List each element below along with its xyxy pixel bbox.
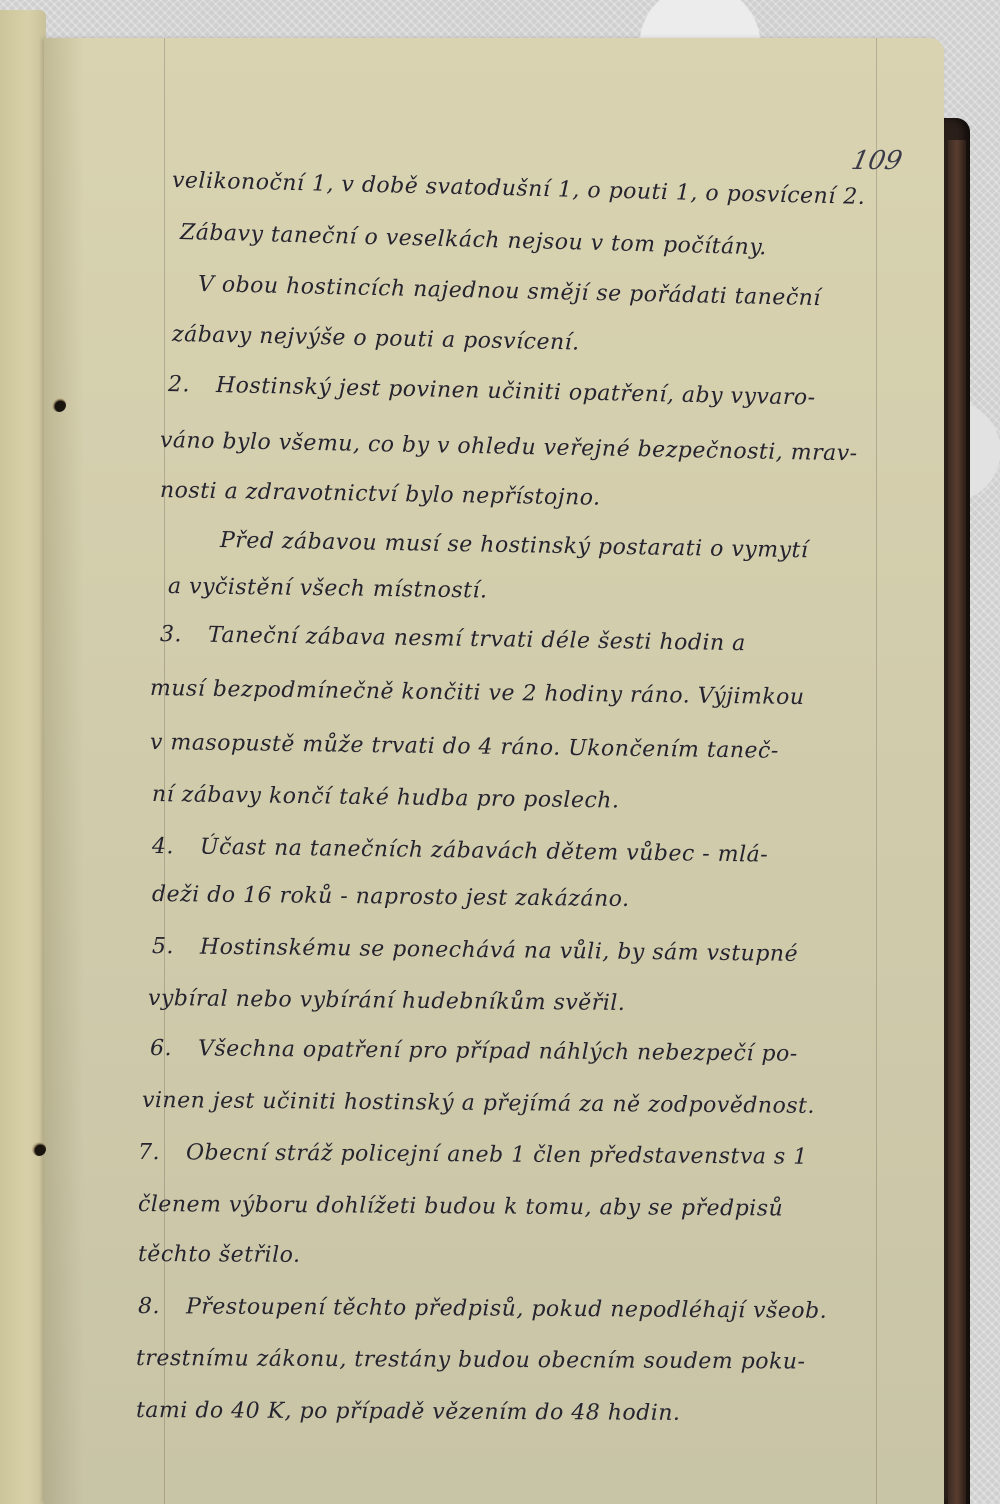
line-text: deži do 16 roků - naprosto jest zakázáno… xyxy=(152,882,630,912)
item-number: 7. xyxy=(138,1140,186,1165)
line-text: Všechna opatření pro případ náhlých nebe… xyxy=(198,1036,798,1066)
line-text: a vyčistění všech místností. xyxy=(168,574,488,603)
text-line: členem výboru dohlížeti budou k tomu, ab… xyxy=(138,1192,783,1222)
item-number: 2. xyxy=(168,372,217,398)
text-line: tami do 40 K, po případě vězením do 48 h… xyxy=(136,1398,681,1426)
punch-hole-top xyxy=(52,398,66,412)
text-line: a vyčistění všech místností. xyxy=(168,574,488,603)
text-line: těchto šetřilo. xyxy=(138,1242,301,1268)
text-line: 7.Obecní stráž policejní aneb 1 člen pře… xyxy=(138,1140,808,1170)
item-number: 8. xyxy=(138,1294,186,1319)
text-line: trestnímu zákonu, trestány budou obecním… xyxy=(136,1346,806,1375)
line-text: trestnímu zákonu, trestány budou obecním… xyxy=(136,1346,806,1375)
text-line: deži do 16 roků - naprosto jest zakázáno… xyxy=(152,882,630,912)
book-spine-edge xyxy=(948,140,966,1504)
item-number: 3. xyxy=(160,622,208,648)
line-text: tami do 40 K, po případě vězením do 48 h… xyxy=(136,1398,681,1426)
left-margin-line xyxy=(164,38,165,1504)
right-margin-line xyxy=(876,38,877,1504)
ledger-page: 109 xyxy=(44,38,944,1504)
left-page-edge xyxy=(0,10,46,1504)
line-text: vybíral nebo vybírání hudebníkům svěřil. xyxy=(148,986,626,1016)
item-number: 5. xyxy=(152,934,200,960)
punch-hole-bottom xyxy=(32,1142,46,1156)
item-number: 6. xyxy=(150,1036,198,1061)
line-text: těchto šetřilo. xyxy=(138,1242,301,1268)
line-text: Přestoupení těchto předpisů, pokud nepod… xyxy=(186,1294,827,1323)
page-number: 109 xyxy=(849,146,905,176)
text-line: vybíral nebo vybírání hudebníkům svěřil. xyxy=(148,986,626,1016)
line-text: Obecní stráž policejní aneb 1 člen předs… xyxy=(186,1140,808,1169)
line-text: členem výboru dohlížeti budou k tomu, ab… xyxy=(138,1192,783,1222)
item-number: 4. xyxy=(152,834,200,860)
text-line: 8.Přestoupení těchto předpisů, pokud nep… xyxy=(138,1294,827,1324)
